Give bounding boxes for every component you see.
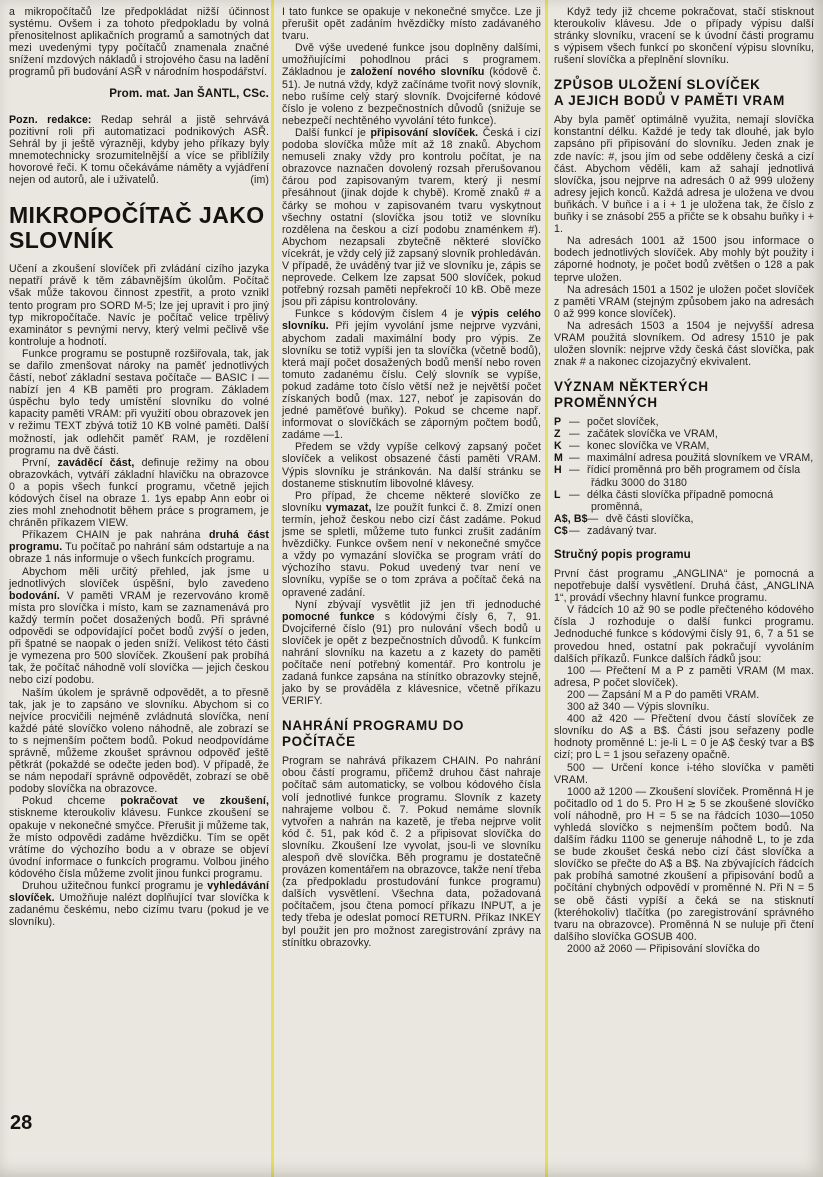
paragraph: 400 až 420 — Přečtení dvou částí slovíče… — [554, 713, 814, 761]
paragraph: První část programu „ANGLINA“ je pomocná… — [554, 568, 814, 604]
paragraph: V řádcích 10 až 90 se podle přečteného k… — [554, 604, 814, 664]
paragraph: Na adresách 1503 a 1504 je nejvyšší adre… — [554, 320, 814, 368]
paragraph: 1000 až 1200 — Zkoušení slovíček. Proměn… — [554, 786, 814, 943]
dash: — — [569, 464, 584, 476]
column-middle: I tato funkce se opakuje v nekonečné smy… — [282, 6, 541, 949]
paragraph: Funkce programu se postupně rozšiřovala,… — [9, 348, 269, 457]
variable-term: K — [554, 440, 569, 452]
paragraph: Naším úkolem je správně odpovědět, a to … — [9, 687, 269, 796]
paragraph: Aby byla paměť optimálně využita, nemají… — [554, 114, 814, 235]
paragraph: Na adresách 1001 až 1500 jsou informace … — [554, 235, 814, 283]
paragraph: Pokud chceme pokračovat ve zkoušení, sti… — [9, 795, 269, 880]
variable-item: P— počet slovíček, — [554, 416, 814, 428]
column-divider-left — [271, 0, 274, 1177]
paragraph: Funkce s kódovým číslem 4 je výpis celéh… — [282, 308, 541, 441]
paragraph: Dvě výše uvedené funkce jsou doplněny da… — [282, 42, 541, 127]
variable-term: L — [554, 489, 569, 501]
paragraph: První, zaváděcí část, definuje režimy na… — [9, 457, 269, 530]
dash: — — [569, 416, 584, 428]
page-number: 28 — [10, 1112, 32, 1135]
variable-item: M— maximální adresa použitá slovníkem ve… — [554, 452, 814, 464]
variable-item: A$, B$— dvě části slovíčka, — [554, 513, 814, 525]
variable-list: P— počet slovíček,Z— začátek slovíčka ve… — [554, 416, 814, 537]
paragraph: Pro případ, že chceme některé slovíčko z… — [282, 490, 541, 599]
variable-term: A$, B$ — [554, 513, 588, 525]
dash: — — [569, 525, 584, 537]
variable-term: C$ — [554, 525, 569, 537]
variable-item: C$— zadávaný tvar. — [554, 525, 814, 537]
section-heading-loading-program: NAHRÁNÍ PROGRAMU DOPOČÍTAČE — [282, 718, 541, 749]
paragraph: Druhou užitečnou funkcí programu je vyhl… — [9, 880, 269, 928]
paragraph: Učení a zkoušení slovíček při zvládání c… — [9, 263, 269, 348]
dash: — — [569, 440, 584, 452]
paragraph: 2000 až 2060 — Připisování slovíčka do — [554, 943, 814, 955]
variable-item: Z— začátek slovíčka ve VRAM, — [554, 428, 814, 440]
section-heading-vram-storage: ZPŮSOB ULOŽENÍ SLOVÍČEKA JEJICH BODŮ V P… — [554, 77, 814, 108]
variable-item: L— délka části slovíčka případně pomocná… — [554, 489, 814, 513]
variable-term: P — [554, 416, 569, 428]
variable-term: H — [554, 464, 569, 476]
paragraph: Program se nahrává příkazem CHAIN. Po na… — [282, 755, 541, 949]
paragraph: 100 — Přečtení M a P z paměti VRAM (M ma… — [554, 665, 814, 689]
paragraph: Předem se vždy vypíše celkový zapsaný po… — [282, 441, 541, 489]
paragraph: Abychom měli určitý přehled, jak jsme u … — [9, 566, 269, 687]
dash: — — [588, 513, 603, 525]
paragraph: Na adresách 1501 a 1502 je uložen počet … — [554, 284, 814, 320]
variable-term: Z — [554, 428, 569, 440]
section-heading-variables: VÝZNAM NĚKTERÝCHPROMĚNNÝCH — [554, 379, 814, 410]
article-title: MIKROPOČÍTAČ JAKOSLOVNÍK — [9, 203, 269, 253]
dash: — — [569, 489, 584, 501]
column-divider-right — [545, 0, 548, 1177]
variable-item: H— řídicí proměnná pro běh programem od … — [554, 464, 814, 488]
paragraph: 500 — Určení konce i-tého slovíčka v pam… — [554, 762, 814, 786]
subsection-heading-program-description: Stručný popis programu — [554, 548, 814, 561]
magazine-page: a mikropočítačů lze předpokládat nižší ú… — [0, 0, 823, 1177]
dash: — — [569, 428, 584, 440]
paragraph: a mikropočítačů lze předpokládat nižší ú… — [9, 6, 269, 79]
paragraph: Nyní zbývají vysvětlit již jen tři jedno… — [282, 599, 541, 708]
paragraph: 200 — Zapsání M a P do paměti VRAM. — [554, 689, 814, 701]
variable-term: M — [554, 452, 569, 464]
paragraph: Příkazem CHAIN je pak nahrána druhá část… — [9, 529, 269, 565]
author-byline: Prom. mat. Jan ŠANTL, CSc. — [9, 88, 269, 100]
variable-item: K— konec slovíčka ve VRAM, — [554, 440, 814, 452]
paragraph: Další funkcí je připisování slovíček. Če… — [282, 127, 541, 308]
paragraph: Když tedy již chceme pokračovat, stačí s… — [554, 6, 814, 66]
paragraph: I tato funkce se opakuje v nekonečné smy… — [282, 6, 541, 42]
paragraph: 300 až 340 — Výpis slovníku. — [554, 701, 814, 713]
column-right: Když tedy již chceme pokračovat, stačí s… — [554, 6, 814, 955]
dash: — — [569, 452, 584, 464]
column-left: a mikropočítačů lze předpokládat nižší ú… — [9, 6, 269, 928]
